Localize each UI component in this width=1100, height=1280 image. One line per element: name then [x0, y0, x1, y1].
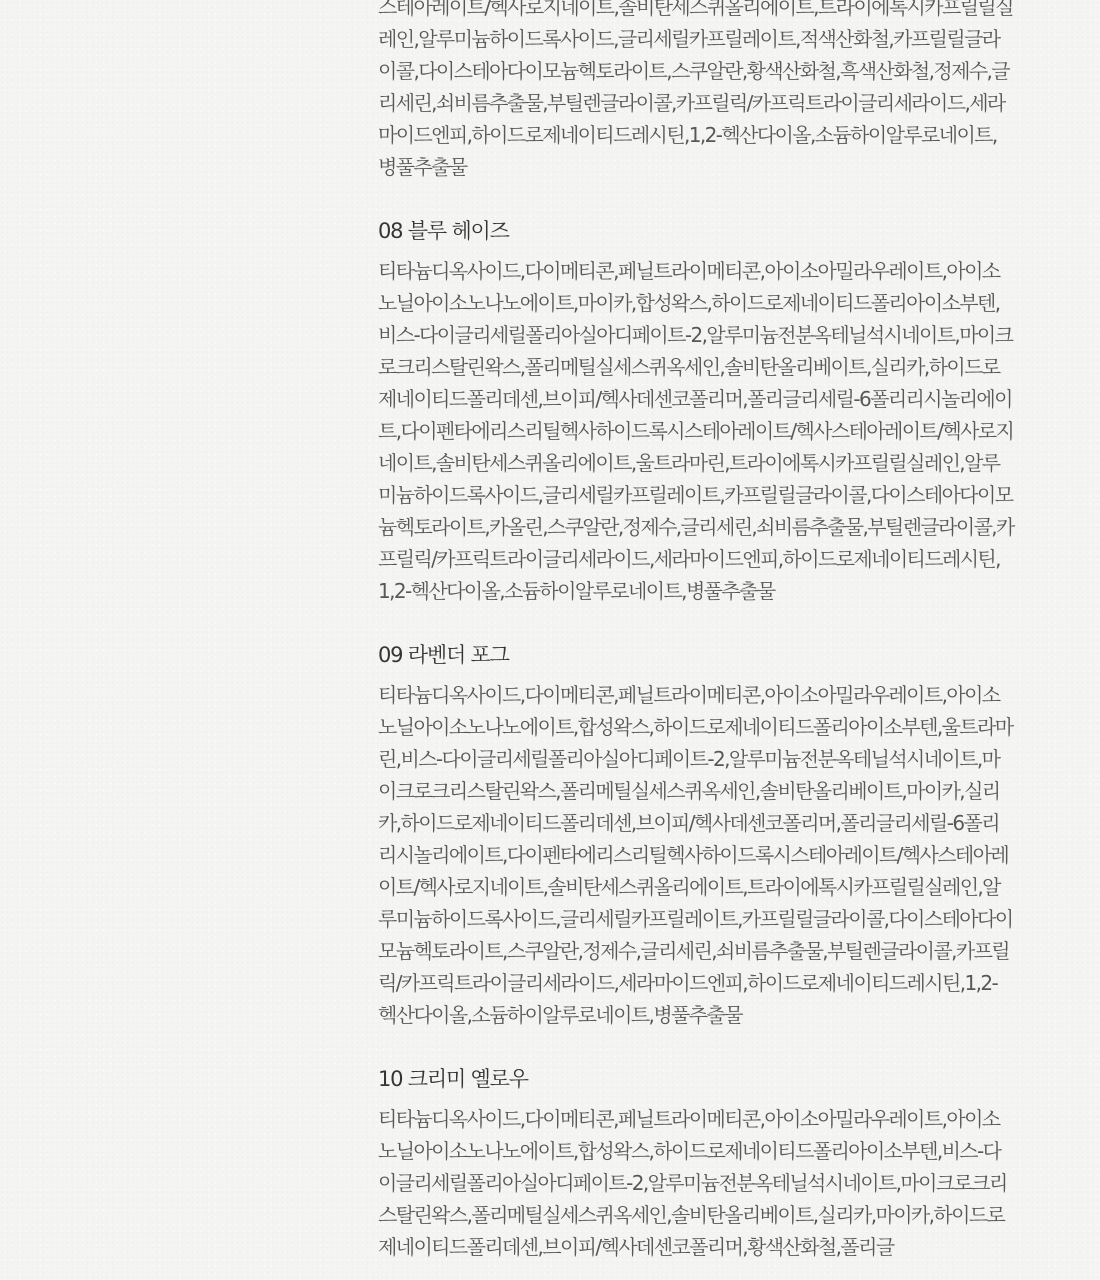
- section-title: 10 크리미 옐로우: [378, 1063, 1014, 1095]
- ingredient-list: 스테아레이트/헥사로지네이트,솔비탄세스퀴올리에이트,트라이에톡시카프릴릴실레인…: [378, 0, 1014, 183]
- section-10-creamy-yellow: 10 크리미 옐로우 티타늄디옥사이드,다이메티콘,페닐트라이메티콘,아이소아밀…: [378, 1063, 1014, 1263]
- section-title: 09 라벤더 포그: [378, 639, 1014, 671]
- ingredients-document: 스테아레이트/헥사로지네이트,솔비탄세스퀴올리에이트,트라이에톡시카프릴릴실레인…: [378, 0, 1014, 1263]
- section-08-blue-haze: 08 블루 헤이즈 티타늄디옥사이드,다이메티콘,페닐트라이메티콘,아이소아밀라…: [378, 215, 1014, 607]
- section-09-lavender-fog: 09 라벤더 포그 티타늄디옥사이드,다이메티콘,페닐트라이메티콘,아이소아밀라…: [378, 639, 1014, 1031]
- section-spacer: [378, 183, 1014, 215]
- section-07-continued: 스테아레이트/헥사로지네이트,솔비탄세스퀴올리에이트,트라이에톡시카프릴릴실레인…: [378, 0, 1014, 183]
- section-title: 08 블루 헤이즈: [378, 215, 1014, 247]
- ingredient-list: 티타늄디옥사이드,다이메티콘,페닐트라이메티콘,아이소아밀라우레이트,아이소노닐…: [378, 255, 1014, 607]
- section-spacer: [378, 1031, 1014, 1063]
- ingredient-list: 티타늄디옥사이드,다이메티콘,페닐트라이메티콘,아이소아밀라우레이트,아이소노닐…: [378, 679, 1014, 1031]
- ingredient-list: 티타늄디옥사이드,다이메티콘,페닐트라이메티콘,아이소아밀라우레이트,아이소노닐…: [378, 1103, 1014, 1263]
- section-spacer: [378, 607, 1014, 639]
